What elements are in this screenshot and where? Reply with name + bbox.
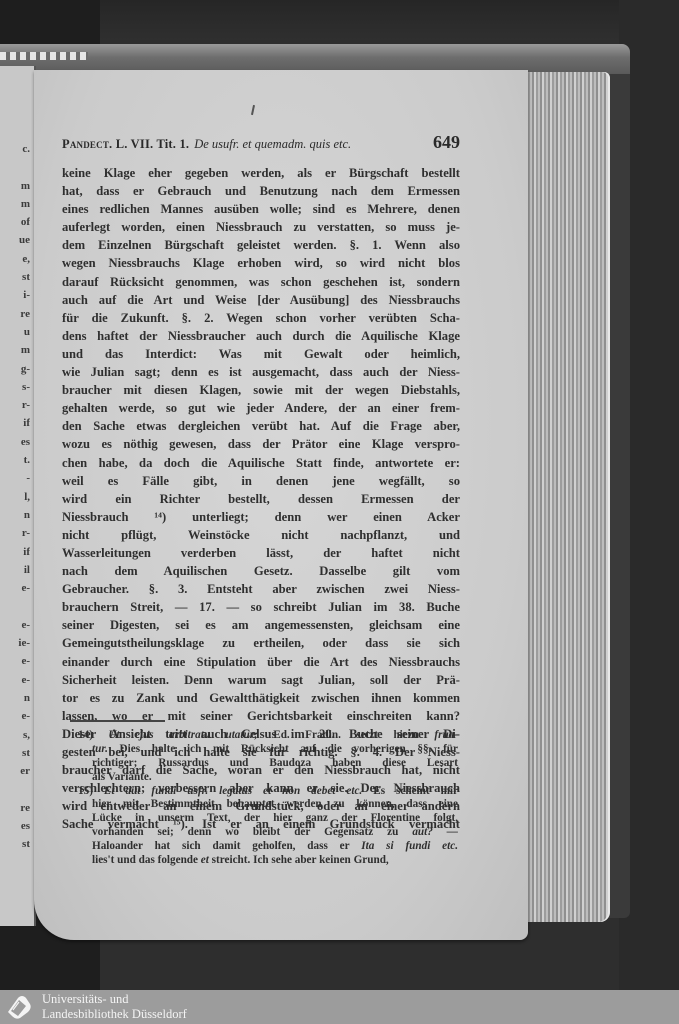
left-page-fragment-line: if — [0, 414, 30, 432]
footnote-italic-text: tur. — [92, 743, 108, 755]
left-page-fragment-line: s, — [0, 726, 30, 744]
left-page-fragment-line: e, — [0, 250, 30, 268]
left-page-fragment-line: er — [0, 762, 30, 780]
left-page-text-fragments: c.mmofuee,sti-reumg-s-r-ifest.-l,nr-ifil… — [0, 140, 30, 854]
left-page-fragment-line: m — [0, 195, 30, 213]
book-headband — [0, 52, 88, 60]
body-line: den Sache etwas dergleichen verübt hat. … — [62, 417, 460, 435]
left-page-fragment-line: st — [0, 744, 30, 762]
footnote-line: lies't und das folgende et streicht. Ich… — [78, 854, 458, 868]
body-line: brauchern Streit, — 17. — so schreibt Ju… — [62, 598, 460, 616]
footnote-text: richtiger; Russardus und Baudoza haben d… — [92, 757, 458, 769]
left-page-fragment-line: t. — [0, 451, 30, 469]
footnote-rule — [70, 720, 165, 722]
footnote-text: Haloander hat sich damit geholfen, dass … — [92, 840, 361, 852]
footnote-text: Ed. Fradin. setzt hiezu — [258, 729, 435, 741]
library-footer-bar: Universitäts- und Landesbibliothek Düsse… — [0, 990, 679, 1024]
left-page-fragment-line: e- — [0, 707, 30, 725]
footnote-text: hier mit Bestimmtheit behauptet werden z… — [92, 798, 458, 810]
footnote-italic-text: frua- — [434, 729, 458, 741]
left-page-fragment-line: st — [0, 835, 30, 853]
left-page-fragment-line: re — [0, 305, 30, 323]
left-page-fragment-line: ie- — [0, 634, 30, 652]
running-head-book-title: L. VII. Tit. 1. — [116, 137, 190, 151]
footnote-text: Lücke in unserm Text, der hier ganz der … — [92, 812, 458, 824]
left-page-fragment-line: if — [0, 543, 30, 561]
footnote-italic-text: aut? — — [412, 826, 458, 838]
footnote-line: hier mit Bestimmtheit behauptet werden z… — [78, 798, 458, 812]
footnote-line: tur. Dies halte ich mit Rücksicht auf di… — [78, 743, 458, 757]
body-line: für die Zukunft. §. 2. Wegen schon vorhe… — [62, 309, 460, 327]
body-line: gehalten werde, so gut wie jeder Andere,… — [62, 399, 460, 417]
running-head-book: Pandect. L. VII. Tit. 1. — [62, 137, 189, 152]
left-page-fragment-line: i- — [0, 286, 30, 304]
body-line: nicht pflügt, Weinstöcke nicht nachpflan… — [62, 526, 460, 544]
left-page-fragment-line: es — [0, 817, 30, 835]
footnote-italic-text: Ita si fundi etc. — [361, 840, 458, 852]
body-line: tor es zu Zank und Gewaltthätigkeit zwis… — [62, 689, 460, 707]
left-page-fragment-line: g- — [0, 360, 30, 378]
body-line: auch auf die Art und Weise [der Ausübung… — [62, 291, 460, 309]
body-line: wozu es nöthig gewesen, dass der Prätor … — [62, 435, 460, 453]
left-page-fragment-line: e- — [0, 579, 30, 597]
left-page-fragment-line: r- — [0, 524, 30, 542]
body-line: Gebraucher. §. 3. Entsteht aber zwischen… — [62, 580, 460, 598]
body-line: dem Einzelnen Bürgschaft geleistet werde… — [62, 236, 460, 254]
ulb-book-logo-icon — [4, 994, 34, 1020]
left-page-fragment-line: e- — [0, 652, 30, 670]
running-head-prefix: Pandect. — [62, 137, 112, 151]
footnote-italic-text: Et aut fundi usfr. legatus et non debet … — [104, 785, 362, 797]
left-page-fragment-line: r- — [0, 396, 30, 414]
footnote-line: richtiger; Russardus und Baudoza haben d… — [78, 757, 458, 771]
footnote-line: 14) Ut ejus arbitratu utatur; Ed. Fradin… — [78, 729, 458, 743]
library-name: Universitäts- und Landesbibliothek Düsse… — [42, 992, 187, 1022]
body-line: darauf Rücksicht genommen, was schon ges… — [62, 273, 460, 291]
left-page-fragment-line: n — [0, 689, 30, 707]
body-line: Gemeingutstheilungsklage zu ertheilen, o… — [62, 634, 460, 652]
left-page-fragment-line: st — [0, 268, 30, 286]
body-line: weil es Fälle gibt, in denen jene wegfäl… — [62, 472, 460, 490]
left-page-fragment-line: es — [0, 433, 30, 451]
footnote-line: vorhanden sei; denn wo bleibt der Gegens… — [78, 826, 458, 840]
left-page-fragment-line: m — [0, 177, 30, 195]
left-page-fragment-line: ue — [0, 231, 30, 249]
body-line: chen habe, da doch die Aquilische Statt … — [62, 454, 460, 472]
body-line: wegen Niessbrauchs Klage erhoben wird, s… — [62, 254, 460, 272]
body-line: braucher mit diesen Klagen, sowie mit de… — [62, 381, 460, 399]
footnote-italic-text: et — [201, 854, 209, 866]
body-line: Wasserleitungen verderben lässt, der haf… — [62, 544, 460, 562]
left-page-fragment-line — [0, 597, 30, 615]
left-page-fragment-line: l, — [0, 488, 30, 506]
footnote-number: 14) — [78, 729, 108, 741]
library-name-line1: Universitäts- und — [42, 992, 187, 1007]
left-page-fragment-line: m — [0, 341, 30, 359]
footnote-text: lies't und das folgende — [92, 854, 201, 866]
footnote-italic-text: Ut ejus arbitratu utatur; — [108, 729, 257, 741]
body-line: wie Julian sagt; denn es ist ausgemacht,… — [62, 363, 460, 381]
footnote-line: Haloander hat sich damit geholfen, dass … — [78, 840, 458, 854]
footnote-text: Es scheint mir — [362, 785, 458, 797]
left-page-fragment-line: n — [0, 506, 30, 524]
left-page-fragment-line: c. — [0, 140, 30, 158]
body-line: hat, dass er Gebrauch und Benutzung nach… — [62, 182, 460, 200]
body-line: Niessbrauch ¹⁴) unterliegt; denn wer ein… — [62, 508, 460, 526]
footnote-text: streicht. Ich sehe aber keinen Grund, — [209, 854, 389, 866]
footnote-text: vorhanden sei; denn wo bleibt der Gegens… — [92, 826, 412, 838]
library-name-line2: Landesbibliothek Düsseldorf — [42, 1007, 187, 1022]
footnote-text: als Variante. — [92, 771, 152, 783]
running-head-title: De usufr. et quemadm. quis etc. — [194, 137, 351, 152]
page-stack-edges — [522, 72, 610, 922]
page-number: 649 — [433, 132, 460, 153]
left-page-fragment-line: e- — [0, 671, 30, 689]
left-page-fragment-line: - — [0, 469, 30, 487]
body-line: Sicherheit leisten. Denn warum sagt Juli… — [62, 671, 460, 689]
body-line: auferlegt worden, einen Niessbrauch zu v… — [62, 218, 460, 236]
left-page-fragment-line — [0, 780, 30, 798]
body-line: lassen, wo er mit seiner Gerichtsbarkeit… — [62, 707, 460, 725]
body-line: einander durch eine Stipulation über die… — [62, 653, 460, 671]
body-line: nach dem Aquilischen Gesetz. Dasselbe gi… — [62, 562, 460, 580]
footnotes: 14) Ut ejus arbitratu utatur; Ed. Fradin… — [78, 729, 458, 868]
footnote-line: Lücke in unserm Text, der hier ganz der … — [78, 812, 458, 826]
left-page-fragment-line: s- — [0, 378, 30, 396]
footnote-text: Dies halte ich mit Rücksicht auf die vor… — [108, 743, 458, 755]
left-page-fragment-line: il — [0, 561, 30, 579]
running-head: Pandect. L. VII. Tit. 1. De usufr. et qu… — [62, 132, 460, 154]
footnote-line: 15) Et aut fundi usfr. legatus et non de… — [78, 785, 458, 799]
left-page-fragment-line: re — [0, 799, 30, 817]
footnote-number: 15) — [78, 785, 104, 797]
left-page-fragment-line — [0, 158, 30, 176]
left-page-fragment-line: of — [0, 213, 30, 231]
left-page-fragment-line: e- — [0, 616, 30, 634]
footnote-line: als Variante. — [78, 771, 458, 785]
body-line: und das Interdict: Was mit Gewalt oder h… — [62, 345, 460, 363]
body-line: wird ein Richter bestellt, dessen Ermess… — [62, 490, 460, 508]
body-line: dens haftet der Niessbraucher auch durch… — [62, 327, 460, 345]
scan-background-top — [0, 0, 679, 40]
body-line: eines redlichen Mannes ausüben wolle; si… — [62, 200, 460, 218]
left-page-fragment-line: u — [0, 323, 30, 341]
body-line: keine Klage eher gegeben werden, als er … — [62, 164, 460, 182]
body-line: seiner Digesten, sei es am angemessenste… — [62, 616, 460, 634]
